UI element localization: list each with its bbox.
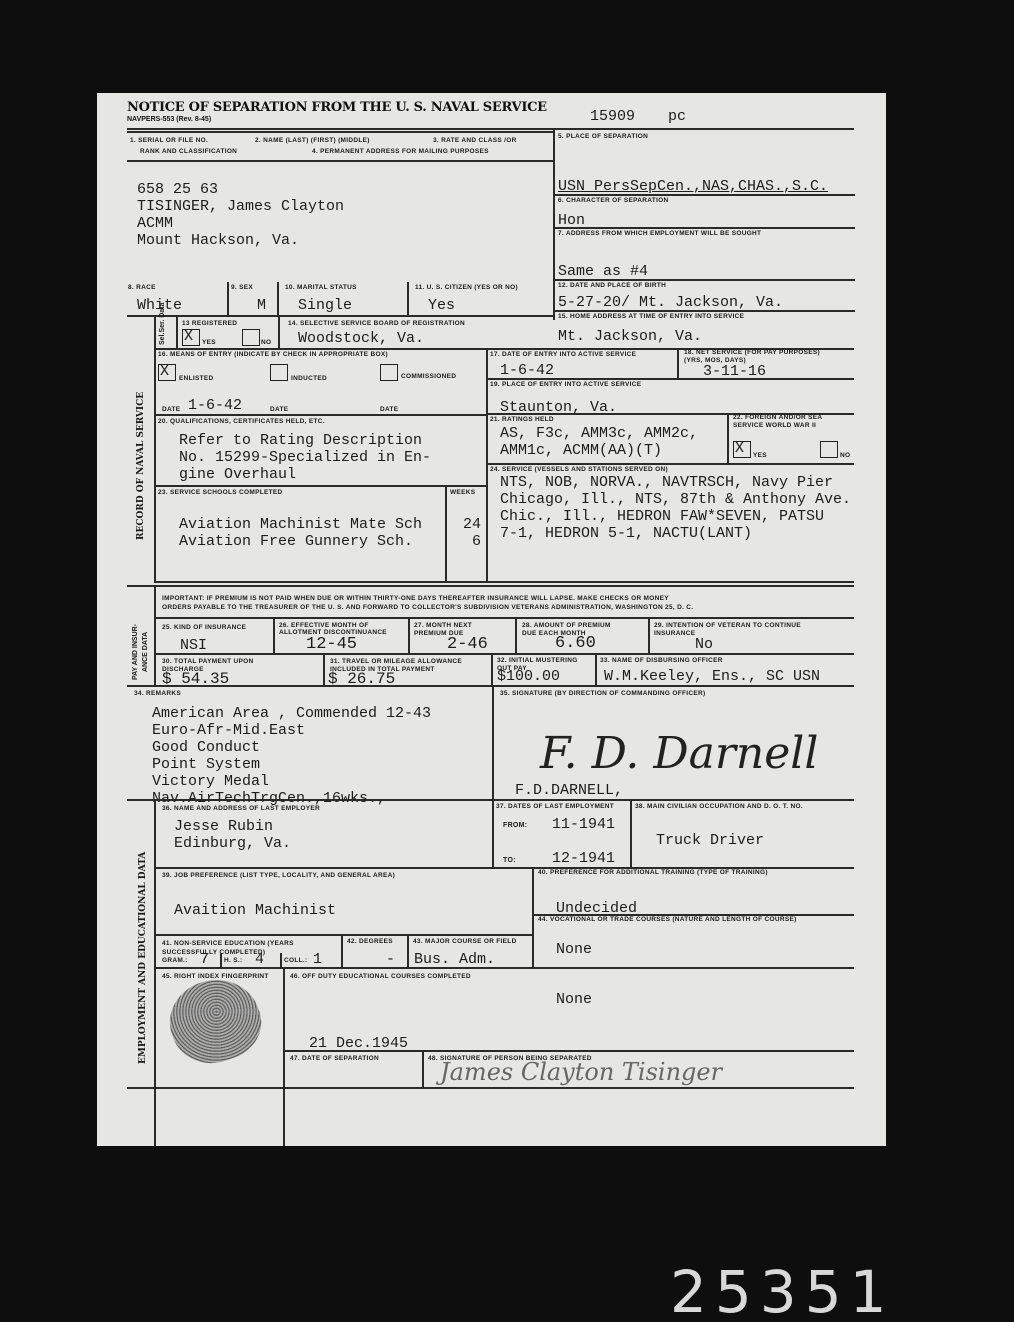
ratings-line-2: AMM1c, ACMM(AA)(T): [500, 442, 662, 459]
continue-insurance-value: No: [695, 636, 713, 653]
label-coll: Coll.:: [284, 957, 307, 964]
service-line-3: Chic., Ill., HEDRON FAW*SEVEN, PATSU: [500, 508, 824, 525]
rule: [127, 128, 854, 130]
premium-amount-value: 6.60: [555, 635, 596, 652]
rule: [154, 581, 854, 583]
label-major: 43. Major course or field: [413, 938, 517, 945]
employment-to-value: 12-1941: [552, 850, 615, 867]
rule: [154, 317, 156, 582]
label-job-preference: 39. Job preference (list type, locality,…: [162, 872, 395, 879]
label-registered-no: No: [261, 339, 271, 346]
rule: [127, 585, 854, 587]
rule: [127, 131, 554, 133]
employer-name: Jesse Rubin: [174, 818, 273, 835]
label-sel-ser: Sel.Ser. Data: [158, 303, 167, 345]
label-name: 2. Name (Last) (First) (Middle): [255, 137, 370, 144]
birth-value: 5-27-20/ Mt. Jackson, Va.: [558, 294, 783, 311]
rule: [283, 967, 285, 1146]
label-education: 41. Non-service education (years: [162, 940, 294, 947]
label-rate: 3. Rate and Class /or: [433, 137, 517, 144]
registered-no-checkbox[interactable]: [242, 329, 260, 346]
entry-date-value: 1-6-42: [188, 397, 242, 414]
label-board: 14. Selective Service Board of Registrat…: [288, 320, 465, 327]
section-label-naval-service: RECORD OF NAVAL SERVICE: [136, 392, 146, 540]
rule: [220, 953, 222, 967]
employment-address-value: Same as #4: [558, 263, 648, 280]
rule: [154, 414, 487, 416]
occupation-value: Truck Driver: [656, 832, 764, 849]
label-foreign-no: No: [840, 452, 850, 459]
label-education-2: successfully completed): [162, 949, 265, 956]
rule: [491, 653, 493, 685]
rule: [341, 934, 343, 967]
rule: [154, 801, 156, 1146]
rule: [127, 685, 854, 687]
label-character: 6. Character of Separation: [558, 197, 668, 204]
label-date-3: Date: [380, 406, 398, 413]
serial-value: 658 25 63: [137, 181, 218, 198]
rule: [127, 315, 554, 317]
label-active-entry: 17. Date of entry into active service: [490, 351, 636, 358]
rule: [154, 653, 854, 655]
label-remarks: 34. Remarks: [134, 690, 181, 697]
label-co-signature: 35. Signature (by direction of commandin…: [500, 690, 705, 697]
degrees-value: -: [386, 951, 395, 968]
registered-yes-checkbox[interactable]: X: [182, 329, 200, 346]
label-separation-date: 47. Date of separation: [290, 1055, 379, 1062]
label-registered-yes: Yes: [202, 339, 216, 346]
rule: [677, 348, 679, 378]
disbursing-officer-value: W.M.Keeley, Ens., SC USN: [604, 668, 820, 685]
label-to: To:: [503, 857, 516, 864]
label-race: 8. Race: [128, 284, 156, 291]
rule: [555, 310, 855, 312]
hs-value: 4: [255, 951, 264, 968]
job-preference-value: Avaition Machinist: [174, 902, 336, 919]
rule: [486, 348, 488, 582]
section-label-pay-1: PAY AND INSUR-: [131, 624, 140, 680]
address-value: Mount Hackson, Va.: [137, 232, 299, 249]
rule: [323, 653, 325, 685]
rule: [492, 801, 494, 867]
label-employment-dates: 37. Dates of last employment: [496, 803, 614, 810]
remarks-line-1: American Area , Commended 12-43: [152, 705, 431, 722]
marital-value: Single: [298, 297, 352, 314]
home-address-value: Mt. Jackson, Va.: [558, 328, 702, 345]
label-service-stations: 24. Service (Vessels and stations served…: [490, 466, 668, 473]
form-title: NOTICE OF SEPARATION FROM THE U. S. NAVA…: [127, 100, 547, 115]
ratings-line-1: AS, F3c, AMM3c, AMM2c,: [500, 425, 698, 442]
label-address: 4. Permanent Address for Mailing Purpose…: [312, 148, 489, 155]
foreign-no-checkbox[interactable]: [820, 441, 838, 458]
rule: [154, 585, 156, 685]
label-serial: 1. Serial or File No.: [130, 137, 208, 144]
rule: [280, 953, 282, 967]
rule: [727, 413, 729, 463]
label-allotment: 26. Effective month of: [279, 622, 369, 629]
label-training-preference: 40. Preference for additional training (…: [538, 869, 768, 876]
rule: [630, 801, 632, 867]
rule: [486, 463, 854, 465]
rule: [283, 1050, 854, 1052]
label-birth: 12. Date and Place of Birth: [558, 282, 666, 289]
premium-month-value: 2-46: [447, 636, 488, 653]
school-name-1: Aviation Machinist Mate Sch: [179, 516, 422, 533]
label-inducted: Inducted: [291, 375, 327, 382]
qualifications-line-2: No. 15299-Specialized in En-: [179, 449, 431, 466]
rule: [532, 867, 534, 967]
label-insurance-kind: 25. Kind of Insurance: [162, 624, 246, 631]
label-vocational: 44. Vocational or trade courses (nature …: [538, 916, 797, 923]
gram-value: 7: [200, 951, 209, 968]
archive-number: 25351: [670, 1258, 895, 1322]
label-foreign-service-ww2: service World War II: [733, 422, 816, 429]
label-continue-insurance: 29. Intention of veteran to continue: [654, 622, 801, 629]
label-net-service: 18. Net Service (for pay purposes): [684, 349, 820, 356]
label-place-entry: 19. Place of entry into active service: [490, 381, 641, 388]
section-label-pay-2: ANCE DATA: [141, 632, 150, 672]
label-marital: 10. Marital Status: [285, 284, 357, 291]
rule: [273, 617, 275, 653]
rate-value: ACMM: [137, 215, 173, 232]
label-employment-address: 7. Address from which employment will be…: [558, 230, 761, 237]
rule: [648, 617, 650, 653]
label-occupation: 38. Main civilian occupation and D. O. T…: [635, 803, 803, 810]
label-sex: 9. Sex: [231, 284, 253, 291]
label-service-schools: 23. Service Schools Completed: [158, 489, 283, 496]
insurance-notice-line-2: orders payable to the Treasurer of the U…: [162, 604, 693, 611]
rule: [408, 617, 410, 653]
qualifications-line-1: Refer to Rating Description: [179, 432, 422, 449]
rule: [154, 967, 854, 969]
file-suffix: pc: [668, 108, 686, 125]
remarks-line-5: Victory Medal: [152, 773, 269, 790]
remarks-line-4: Point System: [152, 756, 260, 773]
major-value: Bus. Adm.: [414, 951, 495, 968]
rule: [127, 799, 854, 801]
label-total-payment: 30. Total payment upon: [162, 658, 253, 665]
rule: [176, 317, 178, 349]
rule: [492, 687, 494, 800]
mustering-pay-value: $100.00: [497, 668, 560, 685]
label-date-1: Date: [162, 406, 180, 413]
rule: [486, 378, 854, 380]
label-premium-amount: 28. Amount of premium: [522, 622, 611, 629]
rule: [555, 194, 855, 196]
label-weeks: Weeks: [450, 489, 475, 496]
school-weeks-2: 6: [472, 533, 481, 550]
label-citizen: 11. U. S. Citizen (Yes or No): [415, 284, 518, 291]
rule: [227, 282, 229, 316]
service-line-2: Chicago, Ill., NTS, 87th & Anthony Ave.: [500, 491, 851, 508]
section-label-employment: EMPLOYMENT AND EDUCATIONAL DATA: [138, 852, 148, 1064]
label-mustering-pay: 32. Initial mustering: [497, 657, 578, 664]
rule: [127, 1087, 854, 1089]
label-travel-allowance: 31. Travel or mileage allowance: [330, 658, 462, 665]
label-place-separation: 5. Place of Separation: [558, 133, 648, 140]
off-duty-value: None: [556, 991, 592, 1008]
rule: [127, 160, 554, 162]
service-line-4: 7-1, HEDRON 5-1, NACTU(LANT): [500, 525, 752, 542]
allotment-value: 12-45: [306, 636, 357, 653]
active-entry-value: 1-6-42: [500, 362, 554, 379]
co-signature: F. D. Darnell: [540, 728, 818, 779]
board-value: Woodstock, Va.: [298, 330, 424, 347]
rule: [154, 617, 854, 619]
label-commissioned: Commissioned: [401, 373, 456, 380]
commissioned-checkbox[interactable]: [380, 364, 398, 381]
rule: [445, 485, 447, 582]
rule: [278, 317, 280, 349]
label-gram: Gram.:: [162, 957, 188, 964]
label-continue-insurance-2: insurance: [654, 630, 695, 637]
label-foreign-yes: Yes: [753, 452, 767, 459]
rule: [407, 282, 409, 316]
rule: [422, 1050, 424, 1088]
label-date-2: Date: [270, 406, 288, 413]
label-means-entry: 16. Means of Entry (Indicate by check in…: [158, 351, 388, 358]
label-enlisted: Enlisted: [179, 375, 214, 382]
employment-from-value: 11-1941: [552, 816, 615, 833]
label-ratings: 21. Ratings Held: [490, 416, 554, 423]
rule: [553, 130, 555, 320]
rule: [154, 934, 532, 936]
citizen-value: Yes: [428, 297, 455, 314]
label-from: From:: [503, 822, 527, 829]
form-number: NAVPERS-553 (Rev. 8-45): [127, 116, 211, 123]
rule: [277, 282, 279, 316]
rule: [555, 279, 855, 281]
qualifications-line-3: gine Overhaul: [179, 466, 296, 483]
service-line-1: NTS, NOB, NORVA., NAVTRSCH, Navy Pier: [500, 474, 833, 491]
label-premium-month: 27. Month next: [414, 622, 472, 629]
enlisted-checkbox[interactable]: X: [158, 364, 176, 381]
rule: [154, 485, 487, 487]
foreign-yes-checkbox[interactable]: X: [733, 441, 751, 458]
rule: [555, 227, 855, 229]
employer-address: Edinburg, Va.: [174, 835, 291, 852]
sex-value: M: [257, 297, 266, 314]
label-disbursing-officer: 33. Name of disbursing officer: [600, 657, 723, 664]
remarks-line-2: Euro-Afr-Mid.East: [152, 722, 305, 739]
co-name-value: F.D.DARNELL,: [515, 782, 623, 799]
file-number: 15909: [590, 108, 635, 125]
label-off-duty: 46. Off duty educational courses complet…: [290, 973, 471, 980]
rule: [515, 617, 517, 653]
insurance-kind-value: NSI: [180, 637, 207, 654]
label-last-employer: 36. Name and address of last employer: [162, 805, 320, 812]
school-weeks-1: 24: [463, 516, 481, 533]
place-separation-value: USN PersSepCen.,NAS,CHAS.,S.C.: [558, 178, 828, 195]
label-home-address: 15. Home Address at time of entry into s…: [558, 313, 744, 320]
insurance-notice-line-1: Important: If premium is not paid when d…: [162, 595, 669, 602]
vocational-value: None: [556, 941, 592, 958]
separatee-signature: James Clayton Tisinger: [440, 1058, 722, 1086]
label-registered: 13 Registered: [182, 320, 237, 327]
remarks-line-3: Good Conduct: [152, 739, 260, 756]
rule: [407, 934, 409, 967]
label-degrees: 42. Degrees: [347, 938, 393, 945]
school-name-2: Aviation Free Gunnery Sch.: [179, 533, 413, 550]
label-foreign-service: 22. Foreign and/or sea: [733, 414, 822, 421]
coll-value: 1: [313, 951, 322, 968]
name-value: TISINGER, James Clayton: [137, 198, 344, 215]
label-hs: H. S.:: [224, 957, 242, 964]
label-rank: Rank and Classification: [140, 148, 237, 155]
rule: [595, 653, 597, 685]
label-qualifications: 20. Qualifications, certificates held, e…: [158, 418, 325, 425]
inducted-checkbox[interactable]: [270, 364, 288, 381]
